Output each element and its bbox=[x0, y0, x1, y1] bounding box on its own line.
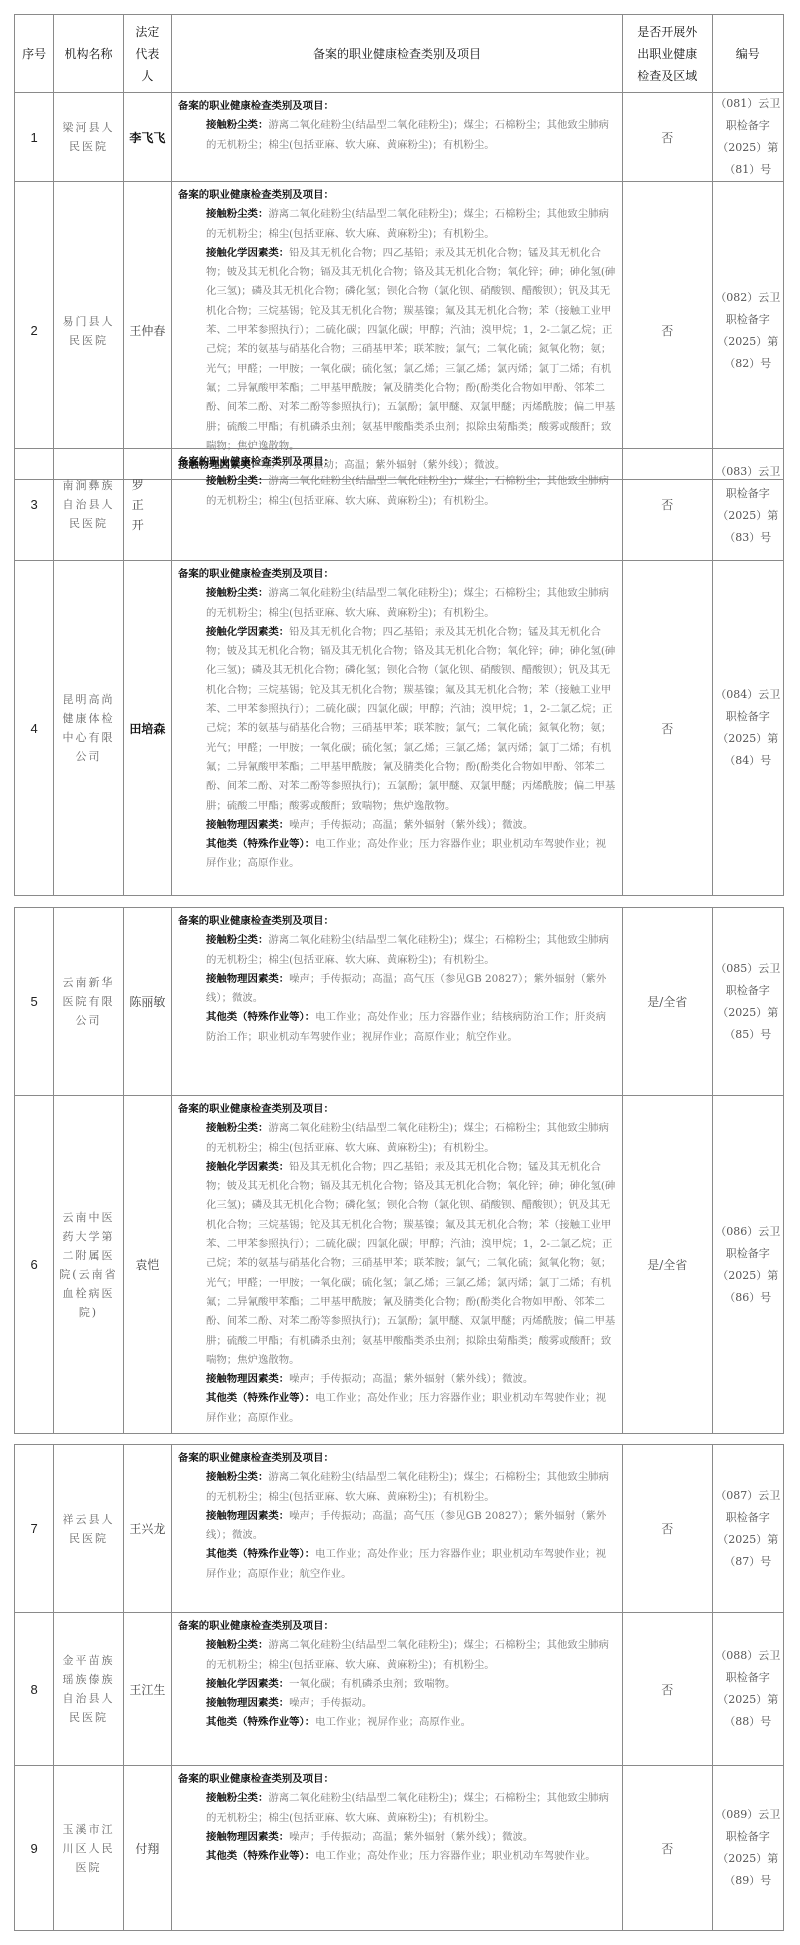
exam-items-heading: 备案的职业健康检查类别及项目： bbox=[178, 1770, 616, 1789]
exam-items-cell: 备案的职业健康检查类别及项目：接触粉尘类：游离二氧化硅粉尘(结晶型二氧化硅粉尘)… bbox=[172, 1445, 623, 1613]
exam-category: 其他类（特殊作业等）：电工作业；高处作业；压力容器作业；职业机动车驾驶作业；视屏… bbox=[178, 1389, 616, 1428]
exam-category: 其他类（特殊作业等）：电工作业；高处作业；压力容器作业；职业机动车驾驶作业；视屏… bbox=[178, 1545, 616, 1584]
exam-items-cell: 备案的职业健康检查类别及项目：接触粉尘类：游离二氧化硅粉尘(结晶型二氧化硅粉尘)… bbox=[172, 449, 623, 561]
table-row: 5云南新华医院有限公司陈丽敏备案的职业健康检查类别及项目：接触粉尘类：游离二氧化… bbox=[15, 908, 784, 1096]
exam-items-cell: 备案的职业健康检查类别及项目：接触粉尘类：游离二氧化硅粉尘(结晶型二氧化硅粉尘)… bbox=[172, 1096, 623, 1434]
outreach-status: 否 bbox=[622, 561, 712, 896]
org-name: 昆明高尚健康体检中心有限公司 bbox=[54, 561, 123, 896]
exam-items-cell: 备案的职业健康检查类别及项目：接触粉尘类：游离二氧化硅粉尘(结晶型二氧化硅粉尘)… bbox=[172, 93, 623, 182]
row-number: 2 bbox=[15, 182, 54, 480]
exam-category: 接触粉尘类：游离二氧化硅粉尘(结晶型二氧化硅粉尘)；煤尘；石棉粉尘；其他致尘肺病… bbox=[178, 1636, 616, 1675]
exam-category: 接触化学因素类：一氧化碳；有机磷杀虫剂；致喘物。 bbox=[178, 1675, 616, 1694]
exam-category-label: 接触物理因素类： bbox=[206, 1510, 289, 1522]
legal-representative: 袁恺 bbox=[123, 1096, 171, 1434]
exam-category: 其他类（特殊作业等）：电工作业；视屏作业；高原作业。 bbox=[178, 1713, 616, 1732]
header-no: 序号 bbox=[15, 15, 54, 93]
exam-category-items: 电工作业；高处作业；压力容器作业；职业机动车驾驶作业。 bbox=[315, 1850, 596, 1862]
exam-category: 接触粉尘类：游离二氧化硅粉尘(结晶型二氧化硅粉尘)；煤尘；石棉粉尘；其他致尘肺病… bbox=[178, 1468, 616, 1507]
outreach-status: 是/全省 bbox=[622, 908, 712, 1096]
exam-items-heading: 备案的职业健康检查类别及项目： bbox=[178, 453, 616, 472]
table-row: 9玉溪市江川区人民医院付翔备案的职业健康检查类别及项目：接触粉尘类：游离二氧化硅… bbox=[15, 1766, 784, 1931]
table-row: 1梁河县人民医院李飞飞备案的职业健康检查类别及项目：接触粉尘类：游离二氧化硅粉尘… bbox=[15, 93, 784, 182]
table-block-2: 3南涧彝族自治县人民医院罗 正 开备案的职业健康检查类别及项目：接触粉尘类：游离… bbox=[14, 448, 784, 896]
exam-category-label: 接触粉尘类： bbox=[206, 1639, 268, 1651]
exam-category: 其他类（特殊作业等）：电工作业；高处作业；压力容器作业；职业机动车驾驶作业；视屏… bbox=[178, 835, 616, 874]
header-items: 备案的职业健康检查类别及项目 bbox=[172, 15, 623, 93]
outreach-status: 否 bbox=[622, 449, 712, 561]
exam-category-items: 噪声；手传振动；高温；紫外辐射（紫外线）；微波。 bbox=[289, 1831, 533, 1843]
exam-category: 接触物理因素类：噪声；手传振动；高温；紫外辐射（紫外线）；微波。 bbox=[178, 1370, 616, 1389]
exam-category-label: 接触物理因素类： bbox=[206, 1373, 289, 1385]
exam-category: 接触物理因素类：噪声；手传振动；高温；高气压（参见GB 20827）；紫外辐射（… bbox=[178, 1507, 616, 1546]
outreach-status: 否 bbox=[622, 93, 712, 182]
exam-items-heading: 备案的职业健康检查类别及项目： bbox=[178, 1100, 616, 1119]
exam-category: 接触粉尘类：游离二氧化硅粉尘(结晶型二氧化硅粉尘)；煤尘；石棉粉尘；其他致尘肺病… bbox=[178, 1789, 616, 1828]
row-number: 3 bbox=[15, 449, 54, 561]
table-header-row: 序号 机构名称 法定代表人 备案的职业健康检查类别及项目 是否开展外出职业健康检… bbox=[15, 15, 784, 93]
exam-items-heading: 备案的职业健康检查类别及项目： bbox=[178, 1449, 616, 1468]
filing-number: （086）云卫职检备字（2025）第（86）号 bbox=[712, 1096, 784, 1434]
table-block-4: 7祥云县人民医院王兴龙备案的职业健康检查类别及项目：接触粉尘类：游离二氧化硅粉尘… bbox=[14, 1444, 784, 1931]
legal-representative: 王仲春 bbox=[123, 182, 171, 480]
filing-number: （082）云卫职检备字（2025）第（82）号 bbox=[712, 182, 784, 480]
exam-category: 接触粉尘类：游离二氧化硅粉尘(结晶型二氧化硅粉尘)；煤尘；石棉粉尘；其他致尘肺病… bbox=[178, 116, 616, 155]
exam-category: 接触物理因素类：噪声；手传振动。 bbox=[178, 1694, 616, 1713]
row-number: 4 bbox=[15, 561, 54, 896]
header-org: 机构名称 bbox=[54, 15, 123, 93]
table-row: 6云南中医药大学第二附属医院(云南省血栓病医院)袁恺备案的职业健康检查类别及项目… bbox=[15, 1096, 784, 1434]
exam-category-items: 噪声；手传振动；高温；紫外辐射（紫外线）；微波。 bbox=[289, 819, 533, 831]
row-number: 8 bbox=[15, 1613, 54, 1766]
row-number: 1 bbox=[15, 93, 54, 182]
filing-number: （089）云卫职检备字（2025）第（89）号 bbox=[712, 1766, 784, 1931]
exam-category: 接触物理因素类：噪声；手传振动；高温；紫外辐射（紫外线）；微波。 bbox=[178, 1828, 616, 1847]
exam-category: 接触化学因素类：铅及其无机化合物；四乙基铅；汞及其无机化合物；锰及其无机化合物；… bbox=[178, 1158, 616, 1370]
table-row: 2易门县人民医院王仲春备案的职业健康检查类别及项目：接触粉尘类：游离二氧化硅粉尘… bbox=[15, 182, 784, 480]
row-number: 5 bbox=[15, 908, 54, 1096]
legal-representative: 王兴龙 bbox=[123, 1445, 171, 1613]
row-number: 7 bbox=[15, 1445, 54, 1613]
exam-items-cell: 备案的职业健康检查类别及项目：接触粉尘类：游离二氧化硅粉尘(结晶型二氧化硅粉尘)… bbox=[172, 1766, 623, 1931]
exam-items-heading: 备案的职业健康检查类别及项目： bbox=[178, 1617, 616, 1636]
row-number: 9 bbox=[15, 1766, 54, 1931]
header-rep: 法定代表人 bbox=[123, 15, 171, 93]
header-out: 是否开展外出职业健康检查及区域 bbox=[622, 15, 712, 93]
row-number: 6 bbox=[15, 1096, 54, 1434]
exam-category-label: 其他类（特殊作业等）： bbox=[206, 1716, 315, 1728]
exam-category-items: 电工作业；视屏作业；高原作业。 bbox=[315, 1716, 471, 1728]
exam-items-heading: 备案的职业健康检查类别及项目： bbox=[178, 186, 616, 205]
org-name: 云南新华医院有限公司 bbox=[54, 908, 123, 1096]
outreach-status: 是/全省 bbox=[622, 1096, 712, 1434]
exam-items-cell: 备案的职业健康检查类别及项目：接触粉尘类：游离二氧化硅粉尘(结晶型二氧化硅粉尘)… bbox=[172, 1613, 623, 1766]
exam-category: 接触粉尘类：游离二氧化硅粉尘(结晶型二氧化硅粉尘)；煤尘；石棉粉尘；其他致尘肺病… bbox=[178, 205, 616, 244]
exam-category-label: 接触物理因素类： bbox=[206, 1831, 289, 1843]
exam-category-items: 铅及其无机化合物；四乙基铅；汞及其无机化合物；锰及其无机化合物；铍及其无机化合物… bbox=[206, 626, 615, 812]
exam-category-label: 其他类（特殊作业等）： bbox=[206, 838, 315, 850]
exam-category-label: 其他类（特殊作业等）： bbox=[206, 1011, 315, 1023]
table-row: 8金平苗族瑶族傣族自治县人民医院王江生备案的职业健康检查类别及项目：接触粉尘类：… bbox=[15, 1613, 784, 1766]
exam-category: 接触化学因素类：铅及其无机化合物；四乙基铅；汞及其无机化合物；锰及其无机化合物；… bbox=[178, 623, 616, 816]
exam-category: 接触粉尘类：游离二氧化硅粉尘(结晶型二氧化硅粉尘)；煤尘；石棉粉尘；其他致尘肺病… bbox=[178, 931, 616, 970]
filing-number: （083）云卫职检备字（2025）第（83）号 bbox=[712, 449, 784, 561]
legal-representative: 罗 正 开 bbox=[123, 449, 171, 561]
exam-category-label: 接触粉尘类： bbox=[206, 1122, 268, 1134]
exam-category: 其他类（特殊作业等）：电工作业；高处作业；压力容器作业；结核病防治工作；肝炎病防… bbox=[178, 1008, 616, 1047]
exam-category: 接触粉尘类：游离二氧化硅粉尘(结晶型二氧化硅粉尘)；煤尘；石棉粉尘；其他致尘肺病… bbox=[178, 1119, 616, 1158]
exam-category-items: 噪声；手传振动；高温；紫外辐射（紫外线）；微波。 bbox=[289, 1373, 533, 1385]
exam-category-label: 接触物理因素类： bbox=[206, 973, 289, 985]
org-name: 南涧彝族自治县人民医院 bbox=[54, 449, 123, 561]
exam-category-label: 接触粉尘类： bbox=[206, 934, 268, 946]
exam-category: 接触粉尘类：游离二氧化硅粉尘(结晶型二氧化硅粉尘)；煤尘；石棉粉尘；其他致尘肺病… bbox=[178, 472, 616, 511]
exam-items-cell: 备案的职业健康检查类别及项目：接触粉尘类：游离二氧化硅粉尘(结晶型二氧化硅粉尘)… bbox=[172, 182, 623, 480]
exam-items-cell: 备案的职业健康检查类别及项目：接触粉尘类：游离二氧化硅粉尘(结晶型二氧化硅粉尘)… bbox=[172, 908, 623, 1096]
filing-number: （081）云卫职检备字（2025）第（81）号 bbox=[712, 93, 784, 182]
filing-number: （087）云卫职检备字（2025）第（87）号 bbox=[712, 1445, 784, 1613]
table-row: 7祥云县人民医院王兴龙备案的职业健康检查类别及项目：接触粉尘类：游离二氧化硅粉尘… bbox=[15, 1445, 784, 1613]
exam-category-items: 噪声；手传振动。 bbox=[289, 1697, 372, 1709]
exam-category-label: 其他类（特殊作业等）： bbox=[206, 1850, 315, 1862]
exam-items-heading: 备案的职业健康检查类别及项目： bbox=[178, 97, 616, 116]
exam-category-label: 接触粉尘类： bbox=[206, 1471, 268, 1483]
exam-category-label: 接触粉尘类： bbox=[206, 587, 268, 599]
org-name: 祥云县人民医院 bbox=[54, 1445, 123, 1613]
exam-category-label: 接触化学因素类： bbox=[206, 1161, 289, 1173]
table-block-1: 序号 机构名称 法定代表人 备案的职业健康检查类别及项目 是否开展外出职业健康检… bbox=[14, 14, 784, 480]
exam-category-label: 接触物理因素类： bbox=[206, 819, 289, 831]
outreach-status: 否 bbox=[622, 1613, 712, 1766]
org-name: 梁河县人民医院 bbox=[54, 93, 123, 182]
exam-items-heading: 备案的职业健康检查类别及项目： bbox=[178, 912, 616, 931]
exam-category-label: 其他类（特殊作业等）： bbox=[206, 1392, 315, 1404]
outreach-status: 否 bbox=[622, 182, 712, 480]
exam-category-label: 接触化学因素类： bbox=[206, 1678, 289, 1690]
org-name: 易门县人民医院 bbox=[54, 182, 123, 480]
table-block-3: 5云南新华医院有限公司陈丽敏备案的职业健康检查类别及项目：接触粉尘类：游离二氧化… bbox=[14, 907, 784, 1434]
outreach-status: 否 bbox=[622, 1766, 712, 1931]
exam-category: 接触物理因素类：噪声；手传振动；高温；高气压（参见GB 20827）；紫外辐射（… bbox=[178, 970, 616, 1009]
exam-category-label: 接触物理因素类： bbox=[206, 1697, 289, 1709]
org-name: 云南中医药大学第二附属医院(云南省血栓病医院) bbox=[54, 1096, 123, 1434]
exam-category: 接触物理因素类：噪声；手传振动；高温；紫外辐射（紫外线）；微波。 bbox=[178, 816, 616, 835]
table-row: 3南涧彝族自治县人民医院罗 正 开备案的职业健康检查类别及项目：接触粉尘类：游离… bbox=[15, 449, 784, 561]
org-name: 金平苗族瑶族傣族自治县人民医院 bbox=[54, 1613, 123, 1766]
outreach-status: 否 bbox=[622, 1445, 712, 1613]
header-code: 编号 bbox=[712, 15, 784, 93]
legal-representative: 田培森 bbox=[123, 561, 171, 896]
exam-category-label: 接触粉尘类： bbox=[206, 475, 268, 487]
exam-category-label: 接触粉尘类： bbox=[206, 208, 268, 220]
exam-category-label: 接触粉尘类： bbox=[206, 119, 268, 131]
org-name: 玉溪市江川区人民医院 bbox=[54, 1766, 123, 1931]
exam-category: 接触粉尘类：游离二氧化硅粉尘(结晶型二氧化硅粉尘)；煤尘；石棉粉尘；其他致尘肺病… bbox=[178, 584, 616, 623]
exam-items-heading: 备案的职业健康检查类别及项目： bbox=[178, 565, 616, 584]
filing-number: （088）云卫职检备字（2025）第（88）号 bbox=[712, 1613, 784, 1766]
exam-category-items: 铅及其无机化合物；四乙基铅；汞及其无机化合物；锰及其无机化合物；铍及其无机化合物… bbox=[206, 1161, 615, 1366]
legal-representative: 王江生 bbox=[123, 1613, 171, 1766]
exam-category-items: 铅及其无机化合物；四乙基铅；汞及其无机化合物；锰及其无机化合物；铍及其无机化合物… bbox=[206, 247, 615, 452]
filing-number: （085）云卫职检备字（2025）第（85）号 bbox=[712, 908, 784, 1096]
table-row: 4昆明高尚健康体检中心有限公司田培森备案的职业健康检查类别及项目：接触粉尘类：游… bbox=[15, 561, 784, 896]
legal-representative: 付翔 bbox=[123, 1766, 171, 1931]
filing-number: （084）云卫职检备字（2025）第（84）号 bbox=[712, 561, 784, 896]
legal-representative: 陈丽敏 bbox=[123, 908, 171, 1096]
exam-category: 接触化学因素类：铅及其无机化合物；四乙基铅；汞及其无机化合物；锰及其无机化合物；… bbox=[178, 244, 616, 456]
exam-category-label: 接触化学因素类： bbox=[206, 626, 289, 638]
legal-representative: 李飞飞 bbox=[123, 93, 171, 182]
exam-category-label: 接触化学因素类： bbox=[206, 247, 289, 259]
exam-category-label: 接触粉尘类： bbox=[206, 1792, 268, 1804]
exam-items-cell: 备案的职业健康检查类别及项目：接触粉尘类：游离二氧化硅粉尘(结晶型二氧化硅粉尘)… bbox=[172, 561, 623, 896]
exam-category: 其他类（特殊作业等）：电工作业；高处作业；压力容器作业；职业机动车驾驶作业。 bbox=[178, 1847, 616, 1866]
exam-category-items: 一氧化碳；有机磷杀虫剂；致喘物。 bbox=[289, 1678, 455, 1690]
exam-category-label: 其他类（特殊作业等）： bbox=[206, 1548, 315, 1560]
